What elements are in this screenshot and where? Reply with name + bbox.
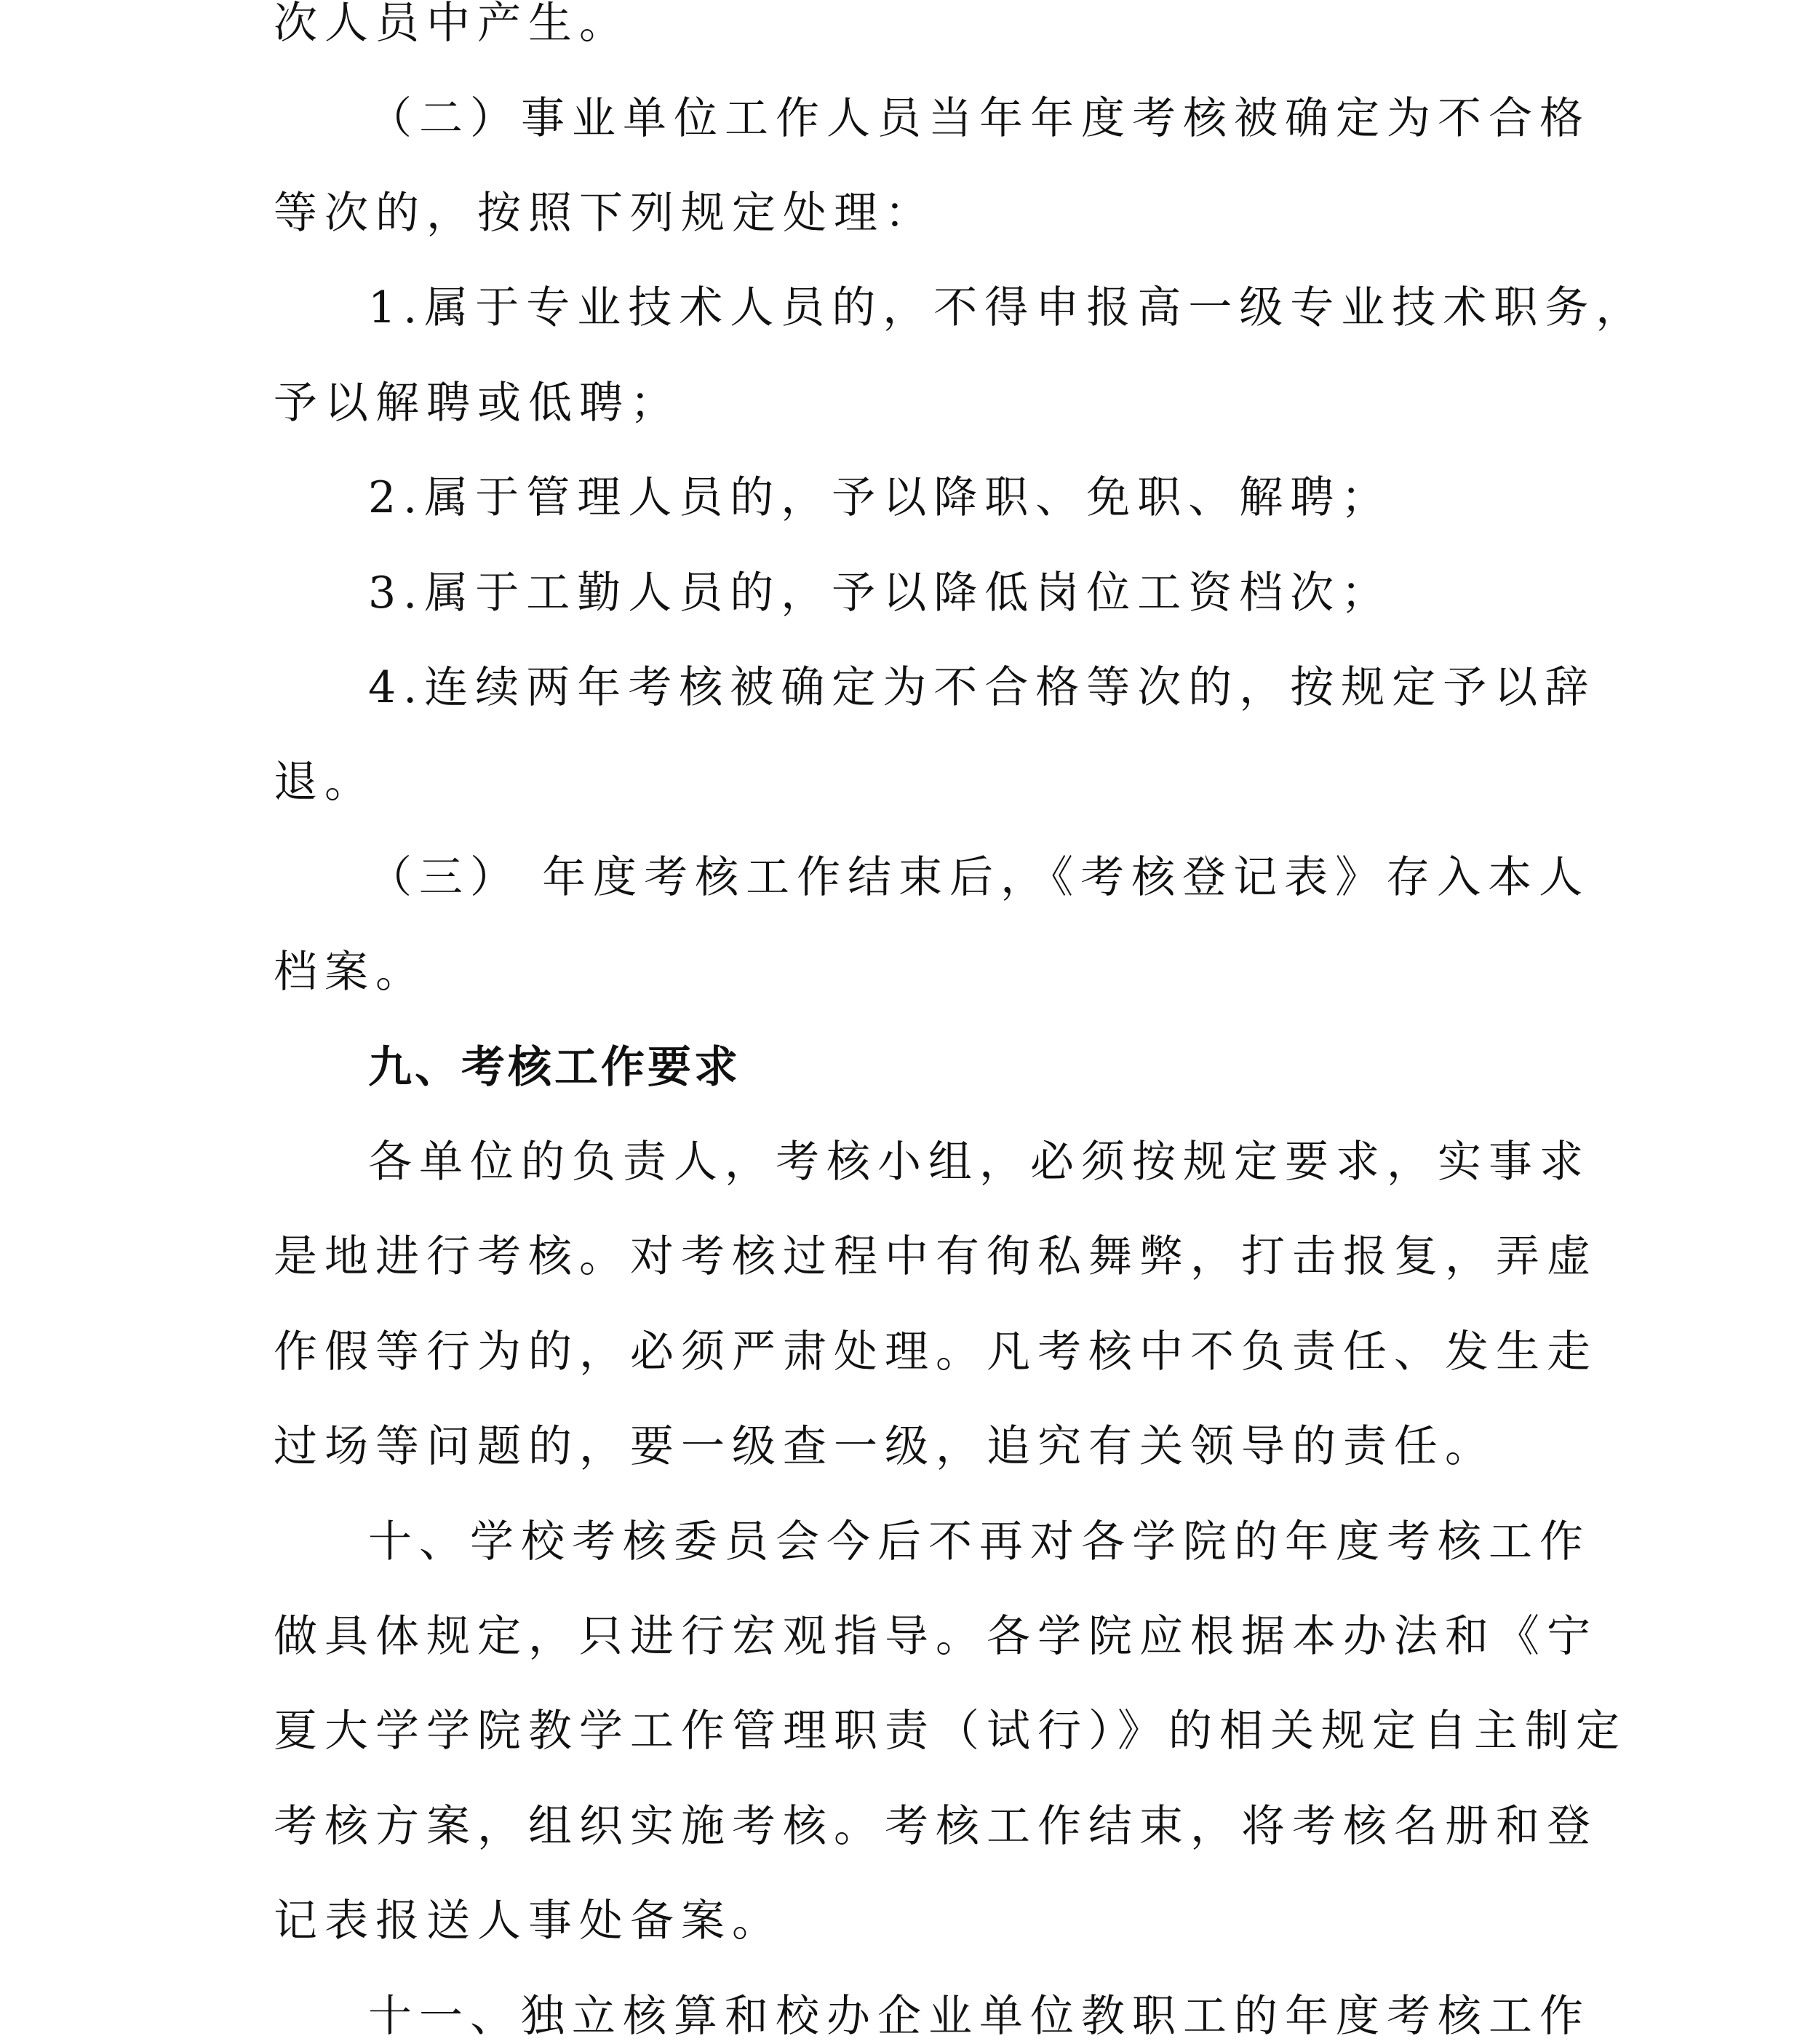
text-line: 4.连续两年考核被确定为不合格等次的，按规定予以辞: [368, 666, 1595, 709]
text-line: 予以解聘或低聘；: [274, 381, 681, 425]
text-line: 考核方案，组织实施考核。考核工作结束，将考核名册和登: [274, 1805, 1598, 1848]
text-line: 作假等行为的，必须严肃处理。凡考核中不负责任、发生走: [274, 1330, 1598, 1374]
text-line: 做具体规定，只进行宏观指导。各学院应根据本办法和《宁: [274, 1615, 1598, 1658]
text-line: 是地进行考核。对考核过程中有徇私舞弊，打击报复，弄虚: [274, 1235, 1598, 1279]
text-line: 等次的，按照下列规定处理：: [274, 191, 936, 235]
text-line: 十、学校考核委员会今后不再对各学院的年度考核工作: [368, 1520, 1590, 1564]
text-line: 记表报送人事处备案。: [274, 1899, 783, 1943]
text-line: 次人员中产生。: [274, 1, 630, 45]
text-line: 夏大学学院教学工作管理职责（试行）》的相关规定自主制定: [274, 1709, 1627, 1753]
text-line: （三） 年度考核工作结束后，《考核登记表》存入本人: [368, 856, 1590, 899]
text-line: 1.属于专业技术人员的，不得申报高一级专业技术职务，: [368, 286, 1646, 330]
text-line: 3.属于工勤人员的，予以降低岗位工资档次；: [368, 571, 1392, 615]
text-line: 档案。: [274, 950, 426, 994]
text-line: 各单位的负责人，考核小组，必须按规定要求，实事求: [368, 1140, 1590, 1184]
text-line: 退。: [274, 760, 375, 804]
text-line: 2.属于管理人员的，予以降职、免职、解聘；: [368, 476, 1392, 520]
section-heading: 九、考核工作要求: [368, 1046, 741, 1089]
text-line: 十一、独立核算和校办企业单位教职工的年度考核工作: [368, 1995, 1590, 2038]
text-line: 过场等问题的，要一级查一级，追究有关领导的责任。: [274, 1425, 1496, 1468]
text-line: （二）事业单位工作人员当年年度考核被确定为不合格: [368, 97, 1590, 140]
